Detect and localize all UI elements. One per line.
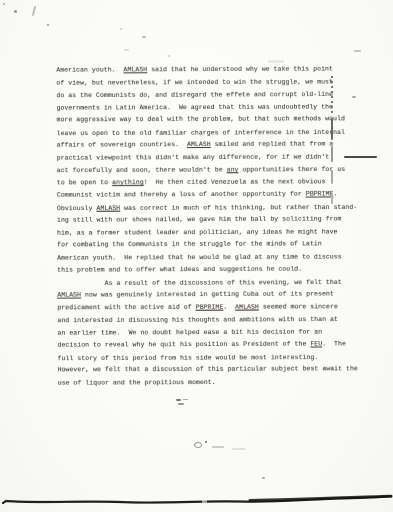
underlined-term: PBPRIME <box>196 303 224 310</box>
text-segment: and interested in discussing his thought… <box>57 316 338 324</box>
text-segment: predicament with the active aid of <box>57 303 195 310</box>
ink-speck <box>120 28 122 30</box>
text-line: for combating the Communists in the stru… <box>57 238 359 252</box>
text-segment: governments in Latin America. We agreed … <box>56 103 333 111</box>
text-segment: leave us open to the old familiar charge… <box>57 128 345 136</box>
text-segment: do as the Communists do, and disregard t… <box>56 91 333 99</box>
text-segment: Obviously <box>57 204 97 211</box>
margin-dash <box>344 156 377 158</box>
text-segment: use of liquor and the propitious moment. <box>58 378 216 386</box>
text-line: leave us open to the old familiar charge… <box>57 126 359 140</box>
text-segment: said that he understood why we take this… <box>147 65 333 73</box>
scanned-page: American youth. AMLASH said that he unde… <box>0 0 393 512</box>
text-segment: affairs of sovereign countries. <box>57 141 187 149</box>
text-segment: smiled and replied that from a <box>211 140 334 148</box>
ink-speck <box>168 55 170 57</box>
page-number-smudge <box>178 403 184 405</box>
text-line: Communist victim and thereby a loss of a… <box>57 188 359 202</box>
text-segment: this problem and to offer what ideas and… <box>57 266 302 274</box>
handwritten-smudge <box>194 442 202 448</box>
text-line: Obviously AMLASH was correct in much of … <box>57 201 359 215</box>
text-segment: full story of this period from his side … <box>58 353 319 361</box>
typewritten-text: American youth. AMLASH said that he unde… <box>56 63 359 389</box>
right-margin-bar <box>331 192 333 204</box>
text-segment: to be open to <box>57 179 112 186</box>
right-margin-bar <box>331 146 333 162</box>
text-segment: ! He then cited Venezuela as the next ob… <box>144 178 326 186</box>
text-line: affairs of sovereign countries. AMLASH s… <box>57 138 359 152</box>
text-segment: However, we felt that a discussion of th… <box>58 365 358 373</box>
bottom-scan-line <box>0 490 393 510</box>
text-segment: was correct in much of his thinking, but… <box>120 203 357 211</box>
text-line: of view, but nevertheless, if we intende… <box>56 76 358 90</box>
text-segment: for combating the Communists in the stru… <box>57 240 322 248</box>
text-segment: of view, but nevertheless, if we intende… <box>56 78 333 86</box>
ink-speck <box>262 477 265 479</box>
ink-speck <box>3 3 5 5</box>
ink-speck <box>352 96 356 98</box>
text-segment: Communist victim and thereby a loss of a… <box>57 191 306 199</box>
paper-smudge <box>212 446 224 448</box>
text-segment: As a result of the discussions of this e… <box>57 278 341 286</box>
right-margin-bar <box>331 118 333 140</box>
paper-smudge <box>268 60 284 63</box>
text-segment: American youth. He replied that he would… <box>57 253 341 261</box>
ink-speck <box>32 6 36 16</box>
text-segment: more aggressive way to deal with the pro… <box>57 115 345 123</box>
underlined-term: AMLASH <box>187 141 211 148</box>
text-line: However, we felt that a discussion of th… <box>58 363 360 377</box>
ink-speck <box>124 49 129 51</box>
text-segment: an earlier time. We no doubt helped ease… <box>57 328 322 336</box>
page-number-smudge <box>183 399 188 400</box>
text-segment: act forcefully and soon, there wouldn't … <box>57 166 227 174</box>
text-line: predicament with the active aid of PBPRI… <box>57 301 359 315</box>
text-segment: decision to reveal why he quit his posit… <box>58 341 311 349</box>
ink-speck <box>205 441 207 443</box>
text-segment: seemed more sincere <box>259 303 338 310</box>
text-segment: now was genuinely interested in getting … <box>81 290 334 298</box>
right-margin-bar <box>331 170 333 184</box>
text-segment: . The <box>322 340 346 347</box>
text-segment: ing still with our shoes nailed, we gave… <box>57 215 341 223</box>
text-line: use of liquor and the propitious moment. <box>58 376 360 390</box>
right-margin-dashes <box>331 76 333 116</box>
text-segment: him, as a former student leader and poli… <box>57 228 338 236</box>
text-line: ing still with our shoes nailed, we gave… <box>57 213 359 227</box>
text-line: do as the Communists do, and disregard t… <box>56 89 358 103</box>
ink-speck <box>14 10 17 13</box>
underlined-term: PBPRIME <box>306 190 334 197</box>
text-line: decision to reveal why he quit his posit… <box>57 338 359 352</box>
text-line: and interested in discussing his thought… <box>57 314 359 328</box>
paper-smudge <box>232 448 246 450</box>
text-line: American youth. AMLASH said that he unde… <box>56 63 358 77</box>
underlined-term: AMLASH <box>235 303 259 310</box>
underlined-term: AMLASH <box>96 204 120 211</box>
underlined-term: anything <box>112 178 144 185</box>
text-line: AMLASH now was genuinely interested in g… <box>57 288 359 302</box>
underlined-term: FEU <box>310 341 322 348</box>
ink-speck <box>354 50 361 52</box>
text-segment: practical viewpoint this didn't make any… <box>57 153 330 161</box>
text-segment: opportunities there for us <box>238 166 345 173</box>
text-segment: American youth. <box>56 66 123 73</box>
text-line: to be open to anything! He then cited Ve… <box>57 176 359 190</box>
text-line: practical viewpoint this didn't make any… <box>57 151 359 165</box>
text-line: As a result of the discussions of this e… <box>57 276 359 290</box>
underlined-term: any <box>227 166 239 173</box>
ink-speck <box>142 36 146 38</box>
text-segment: . <box>333 190 337 197</box>
text-segment: . <box>223 303 235 310</box>
text-line: more aggressive way to deal with the pro… <box>57 113 359 127</box>
underlined-term: AMLASH <box>123 66 147 73</box>
text-line: this problem and to offer what ideas and… <box>57 263 359 277</box>
page-number-smudge <box>176 399 181 401</box>
text-line: American youth. He replied that he would… <box>57 251 359 265</box>
ink-speck <box>47 24 49 26</box>
underlined-term: AMLASH <box>57 292 81 299</box>
